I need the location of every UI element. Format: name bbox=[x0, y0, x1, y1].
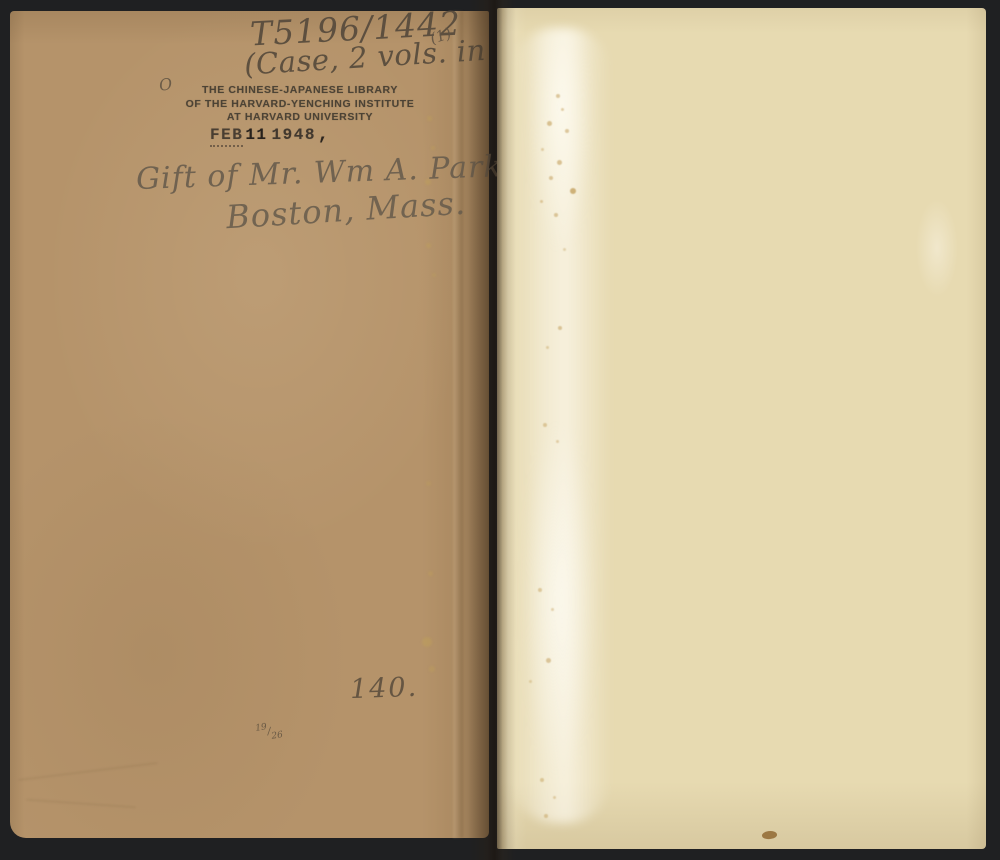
aging-mark bbox=[429, 666, 435, 672]
aging-mark bbox=[431, 146, 435, 150]
aging-mark bbox=[422, 637, 432, 647]
water-stain-band bbox=[511, 28, 611, 823]
left-page-inside-cover: T5196/1442 (1) (Case, 2 vols. in 1) O TH… bbox=[10, 11, 489, 838]
cover-fold-line bbox=[453, 11, 463, 838]
date-stamp-day: 11 bbox=[245, 126, 267, 144]
date-stamp: FEB111948, bbox=[210, 125, 330, 145]
fraction-numerator: 19 bbox=[255, 722, 268, 733]
library-stamp: THE CHINESE-JAPANESE LIBRARY OF THE HARV… bbox=[140, 84, 460, 125]
library-stamp-line2: OF THE HARVARD-YENCHING INSTITUTE bbox=[140, 98, 460, 112]
right-page-blank-endpaper bbox=[497, 8, 986, 849]
paper-speck bbox=[762, 830, 778, 840]
aging-mark bbox=[428, 571, 433, 576]
date-stamp-month: FEB bbox=[210, 126, 243, 147]
library-stamp-line3: AT HARVARD UNIVERSITY bbox=[140, 111, 460, 125]
paper-crease bbox=[18, 762, 157, 780]
aging-mark bbox=[426, 481, 431, 486]
aging-mark bbox=[426, 243, 431, 248]
fraction-denominator: 26 bbox=[271, 730, 284, 741]
paper-crease bbox=[26, 799, 136, 808]
date-stamp-ink-blot: , bbox=[318, 125, 330, 145]
gift-inscription-line1: Gift of Mr. Wm A. Parker bbox=[136, 148, 538, 197]
pencil-number: 140. bbox=[349, 672, 418, 705]
book-scan: T5196/1442 (1) (Case, 2 vols. in 1) O TH… bbox=[0, 0, 1000, 860]
pencil-fraction-mark: 19/26 bbox=[255, 721, 283, 742]
date-stamp-year: 1948 bbox=[272, 126, 316, 144]
aging-mark bbox=[432, 273, 436, 277]
library-stamp-line1: THE CHINESE-JAPANESE LIBRARY bbox=[140, 84, 460, 98]
